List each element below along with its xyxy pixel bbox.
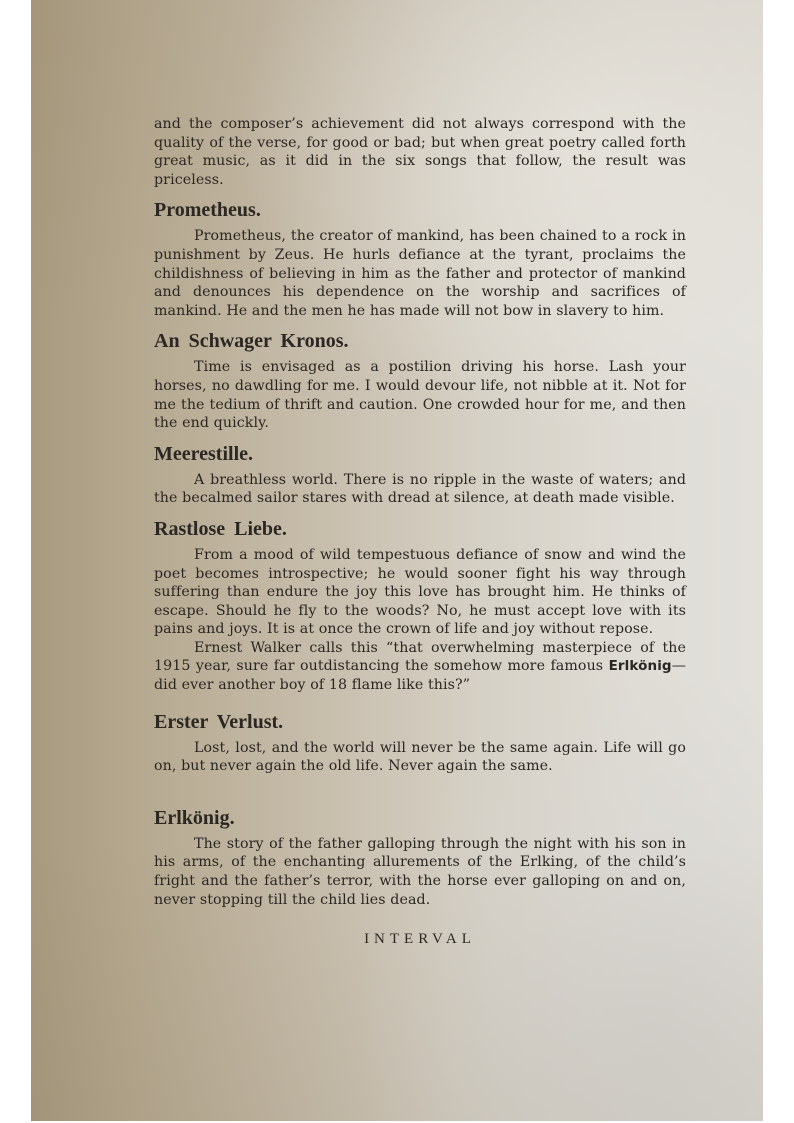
section-prometheus: Prometheus. Prometheus, the creator of m…: [154, 198, 686, 320]
section-title: Rastlose Liebe.: [154, 517, 686, 541]
section-paragraph: A breathless world. There is no ripple i…: [154, 471, 686, 508]
section-erlkonig: Erlkönig. The story of the father gallop…: [154, 806, 686, 909]
intro-paragraph: and the composer’s achievement did not a…: [154, 115, 686, 189]
quote-emphasis-erlkonig: Erlkönig: [609, 658, 672, 674]
section-paragraph: Prometheus, the creator of mankind, has …: [154, 227, 686, 320]
section-meerestille: Meerestille. A breathless world. There i…: [154, 442, 686, 508]
section-title: Erster Verlust.: [154, 710, 686, 734]
page-content: and the composer’s achievement did not a…: [154, 115, 686, 948]
section-paragraph: The story of the father galloping throug…: [154, 835, 686, 909]
section-an-schwager-kronos: An Schwager Kronos. Time is envisaged as…: [154, 329, 686, 432]
walker-quote-paragraph: Ernest Walker calls this “that overwhelm…: [154, 639, 686, 695]
section-paragraph: Time is envisaged as a postilion driving…: [154, 358, 686, 432]
quote-text-before: Ernest Walker calls this “that overwhelm…: [154, 640, 686, 675]
section-erster-verlust: Erster Verlust. Lost, lost, and the worl…: [154, 710, 686, 776]
document-page: and the composer’s achievement did not a…: [31, 0, 763, 1121]
section-title: Meerestille.: [154, 442, 686, 466]
section-paragraph: Lost, lost, and the world will never be …: [154, 739, 686, 776]
section-title: Erlkönig.: [154, 806, 686, 830]
interval-label: INTERVAL: [154, 931, 686, 948]
section-paragraph: From a mood of wild tempestuous defiance…: [154, 546, 686, 639]
section-title: Prometheus.: [154, 198, 686, 222]
section-rastlose-liebe: Rastlose Liebe. From a mood of wild temp…: [154, 517, 686, 695]
section-title: An Schwager Kronos.: [154, 329, 686, 353]
